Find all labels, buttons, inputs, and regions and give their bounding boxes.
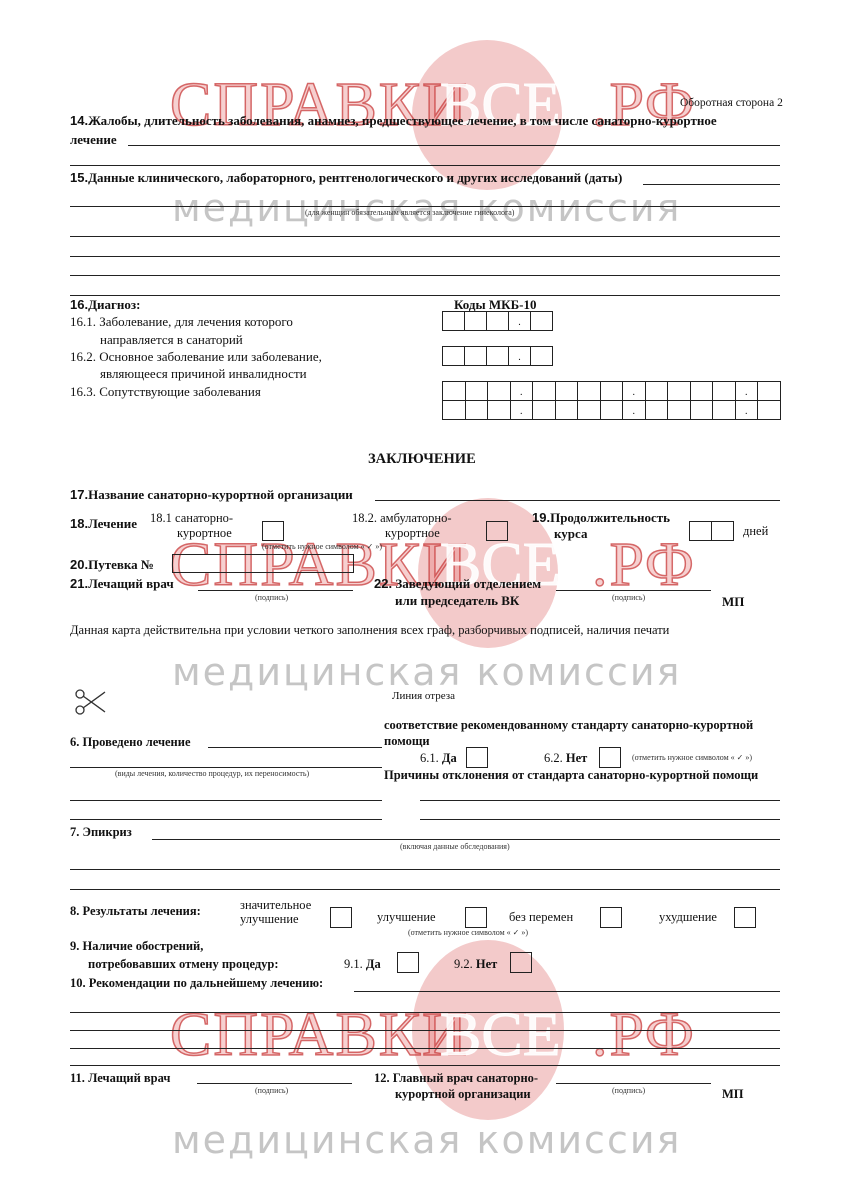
section-21-title: 21.Лечащий врач — [70, 576, 174, 592]
exacerbation-no-label: 9.2. Нет — [454, 957, 497, 972]
cut-line-label: Линия отреза — [392, 690, 455, 702]
icd-code-cell[interactable] — [488, 382, 511, 401]
treatment-conducted-field[interactable] — [208, 747, 382, 748]
icd-code-cell[interactable]: . — [736, 401, 759, 420]
section-11-title: 11. Лечащий врач — [70, 1071, 170, 1086]
section-divider — [70, 295, 780, 296]
section-6-title: 6. Проведено лечение — [70, 735, 191, 750]
section-9-title-cont: потребовавших отмену процедур: — [88, 957, 279, 972]
epicrisis-field[interactable] — [70, 869, 780, 870]
epicrisis-field[interactable] — [152, 839, 780, 840]
section-20-title: 20.Путевка № — [70, 557, 154, 573]
section-15-hint: (для женщин обязательным является заключ… — [305, 208, 514, 217]
result-significant-improvement-label: значительное — [240, 898, 311, 913]
treatment-conducted-field[interactable] — [70, 767, 382, 768]
epicrisis-hint: (включая данные обследования) — [400, 842, 510, 851]
deviation-reasons-field[interactable] — [420, 819, 780, 820]
treatment-option-1-checkbox[interactable] — [262, 521, 284, 541]
icd-code-cell[interactable] — [443, 382, 466, 401]
icd-code-cell[interactable] — [487, 312, 509, 331]
icd-code-cell[interactable] — [487, 347, 509, 366]
section-6-standard-label: соответствие рекомендованному стандарту … — [384, 718, 753, 733]
standard-yes-checkbox[interactable] — [466, 747, 488, 768]
result-no-change-checkbox[interactable] — [600, 907, 622, 928]
treatment-option-1-label: курортное — [177, 526, 232, 541]
recommendations-field[interactable] — [70, 1012, 780, 1013]
icd-code-cell[interactable] — [668, 382, 691, 401]
icd-code-cell[interactable]: . — [736, 382, 759, 401]
section-6-standard-label: помощи — [384, 734, 430, 749]
watermark-text: медицинская комиссия — [172, 650, 681, 694]
section-15-field[interactable] — [70, 256, 780, 257]
exacerbation-no-checkbox[interactable] — [510, 952, 532, 973]
section-15-field[interactable] — [70, 275, 780, 276]
icd-code-cell[interactable] — [556, 382, 579, 401]
icd-code-cell[interactable] — [668, 401, 691, 420]
section-14-title-cont: лечение — [70, 132, 117, 148]
checkmark-hint: (отметить нужное символом « ✓ ») — [632, 753, 752, 762]
diagnosis-16-2-label: 16.2. Основное заболевание или заболеван… — [70, 349, 322, 365]
section-7-title: 7. Эпикриз — [70, 825, 132, 840]
attending-doctor-signature-field[interactable] — [198, 590, 353, 591]
recommendations-field[interactable] — [70, 1030, 780, 1031]
signature-hint: (подпись) — [612, 1086, 645, 1095]
treatment-option-1-label: 18.1 санаторно- — [150, 511, 233, 526]
deviation-reasons-field[interactable] — [420, 800, 780, 801]
icd-code-cell[interactable] — [465, 347, 487, 366]
icd-code-cell[interactable] — [488, 401, 511, 420]
icd-code-cell[interactable] — [465, 312, 487, 331]
treatment-option-2-label: 18.2. амбулаторно- — [352, 511, 452, 526]
chief-doctor-signature-field[interactable] — [556, 1083, 711, 1084]
standard-no-label: 6.2. Нет — [544, 751, 587, 766]
icd-code-cell[interactable] — [758, 382, 781, 401]
section-18-title: 18.Лечение — [70, 516, 137, 532]
section-12-title: 12. Главный врач санаторно- — [374, 1071, 538, 1086]
recommendations-field[interactable] — [70, 1065, 780, 1066]
icd-code-cell[interactable]: . — [623, 382, 646, 401]
checkmark-hint: (отметить нужное символом « ✓ ») — [408, 928, 528, 937]
result-improvement-label: улучшение — [377, 910, 436, 925]
department-head-signature-field[interactable] — [556, 590, 711, 591]
result-significant-improvement-label: улучшение — [240, 912, 299, 927]
diagnosis-16-2-label: являющееся причиной инвалидности — [100, 366, 307, 382]
exacerbation-yes-label: 9.1. Да — [344, 957, 381, 972]
diagnosis-16-1-label: 16.1. Заболевание, для лечения которого — [70, 314, 293, 330]
icd-code-16-3[interactable]: ...... — [442, 381, 781, 420]
icd-code-cell[interactable] — [443, 312, 465, 331]
icd-code-cell[interactable] — [601, 401, 624, 420]
icd-code-cell[interactable] — [691, 401, 714, 420]
section-9-title: 9. Наличие обострений, — [70, 939, 203, 954]
standard-no-checkbox[interactable] — [599, 747, 621, 768]
recommendations-field[interactable] — [354, 991, 780, 992]
exacerbation-yes-checkbox[interactable] — [397, 952, 419, 973]
section-22-title: 22. Заведующий отделением — [374, 576, 541, 592]
result-improvement-checkbox[interactable] — [465, 907, 487, 928]
treatment-conducted-field[interactable] — [70, 819, 382, 820]
section-14-field[interactable] — [70, 165, 780, 166]
icd-code-cell[interactable] — [443, 347, 465, 366]
deviation-reasons-label: Причины отклонения от стандарта санаторн… — [384, 768, 758, 783]
icd-code-cell[interactable] — [466, 382, 489, 401]
signature-hint: (подпись) — [255, 593, 288, 602]
icd-code-cell[interactable] — [531, 347, 553, 366]
page-side-label: Оборотная сторона 2 — [680, 97, 783, 109]
icd-code-cell[interactable] — [758, 401, 781, 420]
treatment-conducted-hint: (виды лечения, количество процедур, их п… — [115, 769, 309, 778]
icd-code-cell[interactable]: . — [511, 382, 534, 401]
section-15-field[interactable] — [70, 236, 780, 237]
validity-note: Данная карта действительна при условии ч… — [70, 623, 669, 638]
icd-code-16-1[interactable]: . — [442, 311, 553, 331]
attending-doctor-signature-field[interactable] — [197, 1083, 352, 1084]
section-22-title-cont: или председатель ВК — [395, 593, 519, 609]
section-14-title: 14.Жалобы, длительность заболевания, ана… — [70, 113, 717, 129]
icd-code-cell[interactable]: . — [511, 401, 534, 420]
icd-code-cell[interactable] — [533, 382, 556, 401]
icd-code-cell[interactable] — [578, 382, 601, 401]
diagnosis-16-3-label: 16.3. Сопутствующие заболевания — [70, 384, 261, 400]
icd-code-cell[interactable] — [713, 382, 736, 401]
stamp-place-label: МП — [722, 1087, 744, 1102]
treatment-conducted-field[interactable] — [70, 800, 382, 801]
signature-hint: (подпись) — [255, 1086, 288, 1095]
course-days-digit-1[interactable] — [689, 521, 712, 541]
course-days-digit-2[interactable] — [711, 521, 734, 541]
diagnosis-16-1-label: направляется в санаторий — [100, 332, 243, 348]
icd-code-cell[interactable]: . — [509, 347, 531, 366]
section-15-title: 15.Данные клинического, лабораторного, р… — [70, 170, 622, 186]
icd-code-cell[interactable]: . — [509, 312, 531, 331]
section-10-title: 10. Рекомендации по дальнейшему лечению: — [70, 976, 323, 991]
voucher-number-field[interactable] — [172, 554, 354, 573]
stamp-place-label: МП — [722, 594, 744, 610]
icd-code-cell[interactable] — [646, 401, 669, 420]
signature-hint: (подпись) — [612, 593, 645, 602]
checkmark-hint: (отметить нужное символом « ✓ ») — [262, 542, 382, 551]
icd-code-16-2[interactable]: . — [442, 346, 553, 366]
section-8-title: 8. Результаты лечения: — [70, 904, 201, 919]
icd-code-cell[interactable] — [691, 382, 714, 401]
section-15-field[interactable] — [643, 184, 780, 185]
days-unit-label: дней — [743, 524, 768, 539]
icd-code-cell[interactable] — [556, 401, 579, 420]
icd-code-cell[interactable] — [713, 401, 736, 420]
icd-code-cell[interactable]: . — [623, 401, 646, 420]
scissors-icon — [74, 688, 108, 721]
section-19-title-cont: курса — [554, 526, 587, 542]
conclusion-title: ЗАКЛЮЧЕНИЕ — [368, 451, 476, 468]
icd-code-cell[interactable] — [601, 382, 624, 401]
standard-yes-label: 6.1. Да — [420, 751, 457, 766]
watermark-text: медицинская комиссия — [172, 1118, 681, 1162]
watermark-text: .РФ — [592, 1000, 696, 1071]
section-19-title: 19.Продолжительность — [532, 510, 670, 526]
icd-code-cell[interactable] — [443, 401, 466, 420]
section-12-title-cont: курортной организации — [395, 1087, 531, 1102]
icd-code-cell[interactable] — [533, 401, 556, 420]
epicrisis-field[interactable] — [70, 889, 780, 890]
section-16-title: 16.Диагноз: — [70, 297, 140, 313]
section-15-field[interactable] — [70, 206, 780, 207]
icd-code-cell[interactable] — [466, 401, 489, 420]
section-14-field[interactable] — [128, 145, 780, 146]
result-worsening-label: ухудшение — [659, 910, 717, 925]
result-no-change-label: без перемен — [509, 910, 573, 925]
result-worsening-checkbox[interactable] — [734, 907, 756, 928]
sanatorium-name-field[interactable] — [375, 500, 780, 501]
icd-code-cell[interactable] — [578, 401, 601, 420]
recommendations-field[interactable] — [70, 1048, 780, 1049]
treatment-option-2-label: курортное — [385, 526, 440, 541]
section-17-title: 17.Название санаторно-курортной организа… — [70, 487, 353, 503]
icd-code-cell[interactable] — [531, 312, 553, 331]
icd-code-cell[interactable] — [646, 382, 669, 401]
result-significant-improvement-checkbox[interactable] — [330, 907, 352, 928]
treatment-option-2-checkbox[interactable] — [486, 521, 508, 541]
